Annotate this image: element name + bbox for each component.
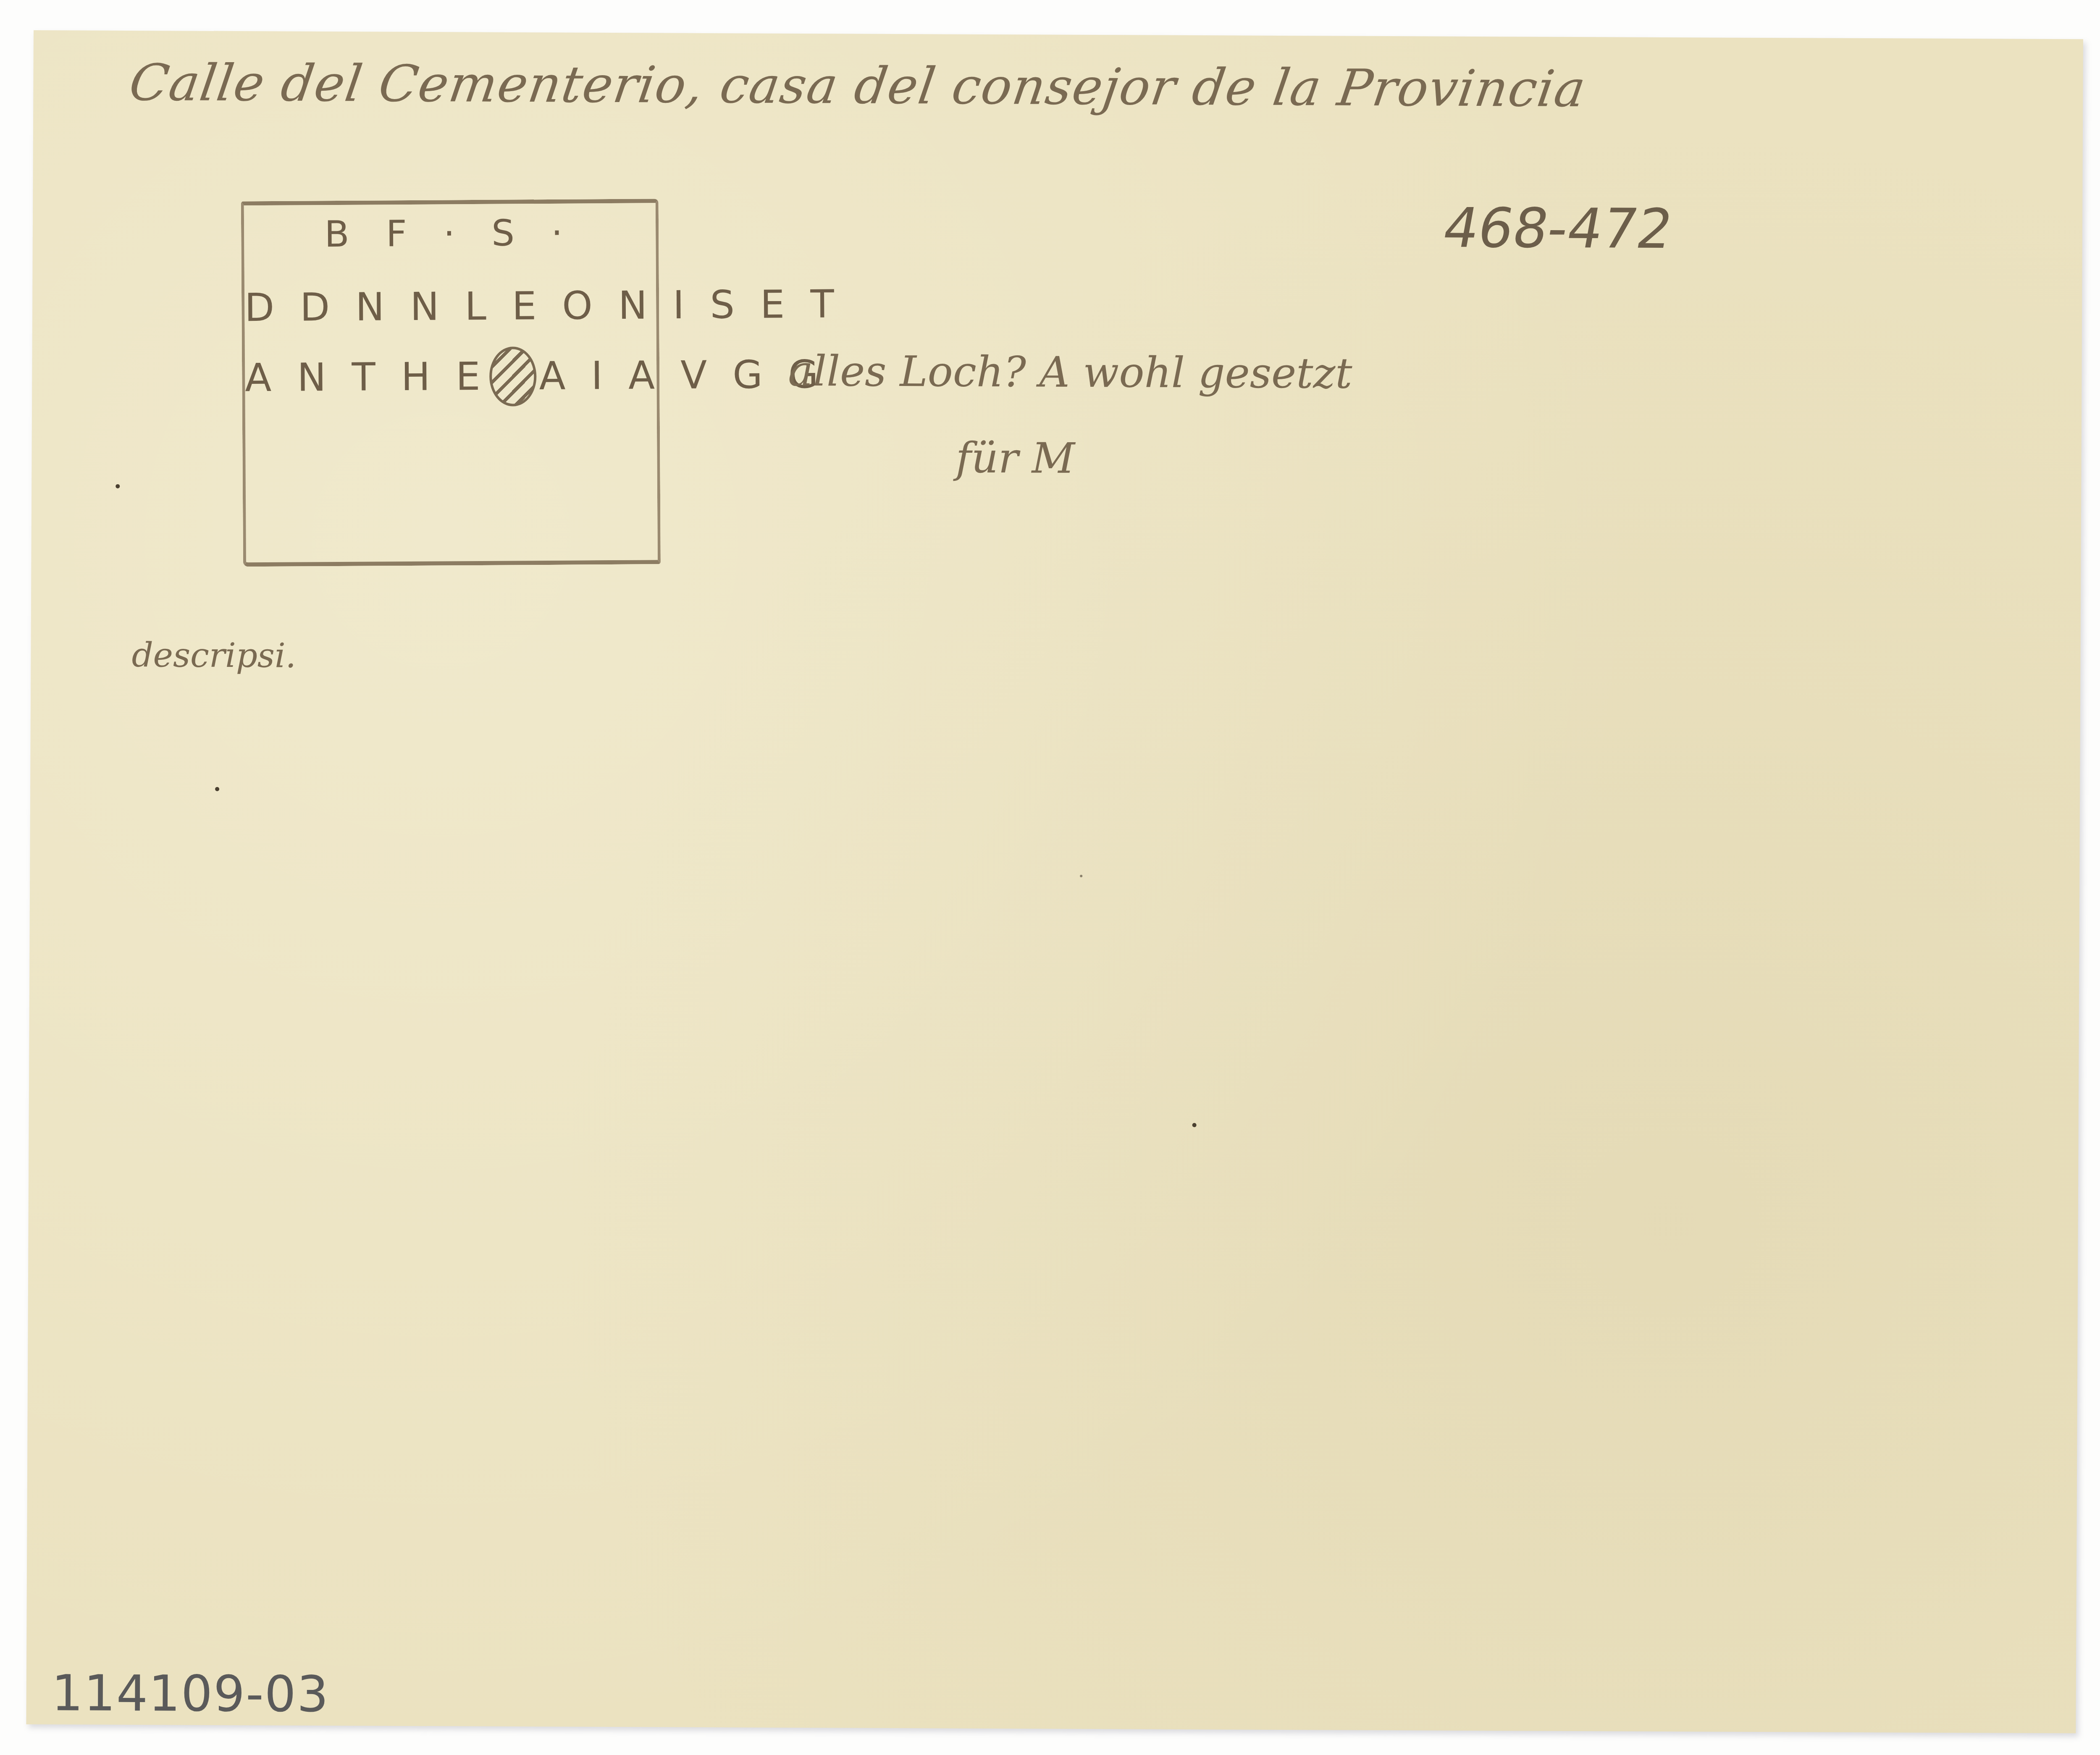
- inscription-line-3: A N T H EA I A V G G: [245, 346, 657, 408]
- inscription-line-1: B F · S ·: [244, 211, 656, 256]
- date-range-label: 468-472: [1438, 196, 1678, 261]
- damage-hatched-circle-icon: [489, 346, 537, 407]
- inscription-drawing-box: B F · S · D D N N L E O N I S E T A N T …: [241, 199, 661, 567]
- paper-sheet: Calle del Cementerio, casa del consejor …: [26, 30, 2083, 1733]
- location-header-note: Calle del Cementerio, casa del consejor …: [126, 54, 1590, 118]
- ink-speck: [115, 484, 120, 488]
- inscription-line-3-part-2: A I A V G G: [539, 352, 825, 399]
- descripsi-note: descripsi.: [131, 635, 296, 675]
- inscription-line-3-part-1: A N T H E: [245, 354, 487, 401]
- margin-note-line-1: alles Loch? A wohl gesetzt: [788, 346, 1352, 398]
- ink-speck: [215, 787, 219, 791]
- inscription-line-2: D D N N L E O N I S E T: [244, 283, 656, 330]
- ink-speck: [1192, 1123, 1197, 1127]
- margin-note-line-2: für M: [955, 433, 1075, 483]
- archive-id-pencil: 114109-03: [51, 1664, 329, 1723]
- ink-speck: [1080, 875, 1082, 877]
